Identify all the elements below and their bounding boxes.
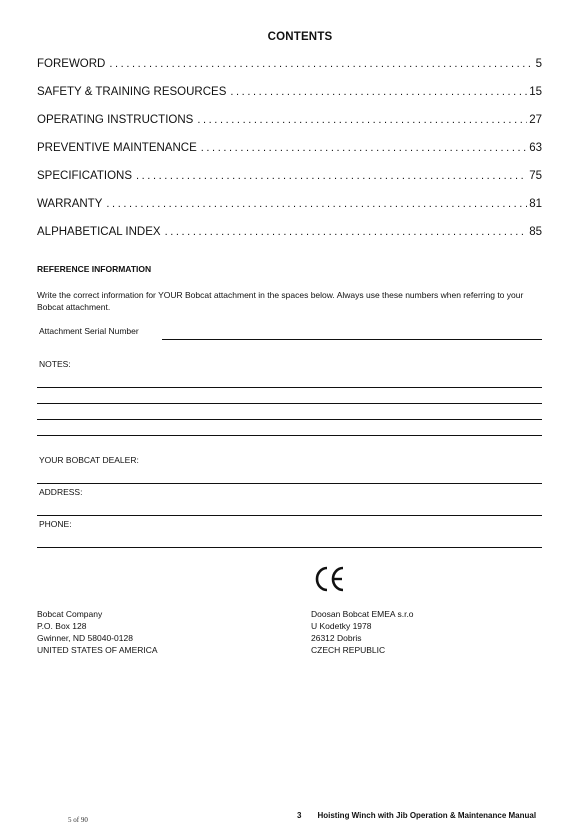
serial-number-label: Attachment Serial Number [39, 326, 139, 336]
ce-mark-icon [314, 564, 346, 594]
dealer-label: YOUR BOBCAT DEALER: [39, 455, 139, 465]
page-number: 3 [297, 811, 301, 820]
notes-line-4[interactable] [37, 435, 542, 436]
address-label: ADDRESS: [39, 487, 82, 497]
address-line: P.O. Box 128 [37, 620, 158, 632]
toc-label: PREVENTIVE MAINTENANCE [37, 142, 197, 154]
toc-page: 63 [529, 142, 542, 154]
phone-label: PHONE: [39, 519, 72, 529]
toc-leader-dots: ........................................… [109, 58, 533, 70]
reference-heading: REFERENCE INFORMATION [37, 264, 151, 274]
toc-entry-operating[interactable]: OPERATING INSTRUCTIONS .................… [37, 114, 542, 128]
toc-label: OPERATING INSTRUCTIONS [37, 114, 193, 126]
toc-entry-warranty[interactable]: WARRANTY ...............................… [37, 198, 542, 212]
toc-leader-dots: ........................................… [197, 114, 527, 126]
toc-label: SPECIFICATIONS [37, 170, 132, 182]
address-field[interactable] [37, 515, 542, 516]
toc-page: 75 [529, 170, 542, 182]
toc-label: ALPHABETICAL INDEX [37, 226, 161, 238]
notes-label: NOTES: [39, 359, 71, 369]
toc-entry-specifications[interactable]: SPECIFICATIONS .........................… [37, 170, 542, 184]
toc-leader-dots: ........................................… [165, 226, 528, 238]
address-line: Bobcat Company [37, 608, 158, 620]
address-line: CZECH REPUBLIC [311, 644, 414, 656]
notes-line-2[interactable] [37, 403, 542, 404]
contents-title: CONTENTS [0, 31, 580, 43]
toc-entry-foreword[interactable]: FOREWORD ...............................… [37, 58, 542, 72]
toc-label: WARRANTY [37, 198, 102, 210]
toc-leader-dots: ........................................… [106, 198, 527, 210]
address-line: UNITED STATES OF AMERICA [37, 644, 158, 656]
address-line: Doosan Bobcat EMEA s.r.o [311, 608, 414, 620]
address-line: Gwinner, ND 58040-0128 [37, 632, 158, 644]
toc-entry-index[interactable]: ALPHABETICAL INDEX .....................… [37, 226, 542, 240]
eu-address: Doosan Bobcat EMEA s.r.o U Kodetky 1978 … [311, 608, 414, 656]
pdf-page-indicator: 5 of 90 [68, 816, 88, 824]
phone-field[interactable] [37, 547, 542, 548]
dealer-field[interactable] [37, 483, 542, 484]
toc-leader-dots: ........................................… [230, 86, 527, 98]
toc-page: 5 [536, 58, 542, 70]
serial-number-field[interactable] [162, 339, 542, 340]
reference-instructions: Write the correct information for YOUR B… [37, 289, 547, 313]
toc-page: 27 [529, 114, 542, 126]
notes-line-1[interactable] [37, 387, 542, 388]
toc-entry-maintenance[interactable]: PREVENTIVE MAINTENANCE .................… [37, 142, 542, 156]
toc-label: FOREWORD [37, 58, 105, 70]
address-line: U Kodetky 1978 [311, 620, 414, 632]
page-footer: 3Hoisting Winch with Jib Operation & Mai… [297, 811, 536, 820]
toc-page: 85 [529, 226, 542, 238]
toc-page: 15 [529, 86, 542, 98]
address-line: 26312 Dobris [311, 632, 414, 644]
toc-leader-dots: ........................................… [201, 142, 527, 154]
notes-line-3[interactable] [37, 419, 542, 420]
toc-entry-safety[interactable]: SAFETY & TRAINING RESOURCES ............… [37, 86, 542, 100]
manual-title: Hoisting Winch with Jib Operation & Main… [317, 811, 536, 820]
toc-page: 81 [529, 198, 542, 210]
us-address: Bobcat Company P.O. Box 128 Gwinner, ND … [37, 608, 158, 656]
toc-leader-dots: ........................................… [136, 170, 527, 182]
toc-label: SAFETY & TRAINING RESOURCES [37, 86, 226, 98]
